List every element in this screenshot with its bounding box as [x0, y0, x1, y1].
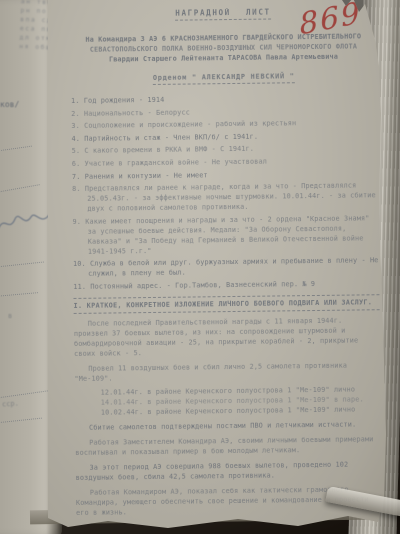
- dotted-line: [0, 390, 48, 398]
- field-item: 2. Национальность - Белорусс: [71, 105, 377, 119]
- field-item: 5. С какого времени в РККА и ВМФ - С 194…: [72, 143, 378, 157]
- left-page-fragment: сср.: [2, 399, 19, 408]
- paragraph-squadron-totals: За этот период АЭ совершила 988 боевых в…: [75, 459, 381, 483]
- section-heading: I. КРАТКОЕ, КОНКРЕТНОЕ ИЗЛОЖЕНИЕ ЛИЧНОГО…: [73, 294, 379, 314]
- paragraph-deputy-role: Работая Заместителем Командира АЭ, своим…: [75, 434, 381, 458]
- field-item: 10. Служба в белой или друг. буржуазных …: [73, 256, 379, 280]
- typewritten-text-area: НАГРАДНОЙ ЛИСТ На Командира 3 АЭ 6 КРАСН…: [48, 0, 400, 534]
- paragraph-confirmation: Сбитие самолетов подтверждены постами ПВ…: [75, 419, 381, 433]
- field-item: 3. Соцположение и происхождение - рабочи…: [71, 117, 377, 131]
- field-item: 8. Представлялся ли ранее к награде, ког…: [72, 180, 378, 214]
- field-item: 1. Год рождения - 1914: [71, 92, 377, 106]
- award-line: Орденом " АЛЕКСАНДР НЕВСКИЙ ": [153, 71, 295, 85]
- biographical-fields: 1. Год рождения - 1914 2. Национальность…: [71, 92, 379, 292]
- combat-log: 12.01.44г. в районе Керченского полуостр…: [101, 384, 381, 417]
- paragraph-air-battles: Провел 11 воздушных боев и сбил лично 2,…: [74, 360, 380, 384]
- field-item: 11. Постоянный адрес. - Гор.Тамбов, Вазн…: [73, 278, 379, 292]
- left-page-fragment: в: [8, 312, 12, 320]
- dotted-line: [0, 184, 40, 193]
- paragraph-combat-summary: После последней Правительственной наград…: [74, 315, 380, 359]
- combat-log-line: 10.02.44г. в районе Керченского полуостр…: [101, 404, 381, 417]
- photo-scene: ан тве рн по впа сд еса пв дл отм ня общ…: [0, 0, 400, 534]
- field-item: 4. Партийность и стаж - Член ВКП/б/ с 19…: [71, 130, 377, 144]
- field-item: 7. Ранения и контузии - Не имеет: [72, 168, 378, 182]
- dotted-line: [0, 146, 32, 152]
- dotted-line: [0, 261, 44, 267]
- field-item: 9. Какие имеет поощрения и награды и за …: [72, 213, 378, 257]
- dotted-line: [0, 292, 38, 297]
- field-item: 6. Участие в гражданской войне - Не учас…: [72, 155, 378, 169]
- dotted-line: [0, 418, 42, 424]
- main-document-page: НАГРАДНОЙ ЛИСТ На Командира 3 АЭ 6 КРАСН…: [48, 0, 396, 534]
- left-page-fragment: ков/: [0, 100, 19, 109]
- doc-title: НАГРАДНОЙ ЛИСТ: [175, 8, 271, 21]
